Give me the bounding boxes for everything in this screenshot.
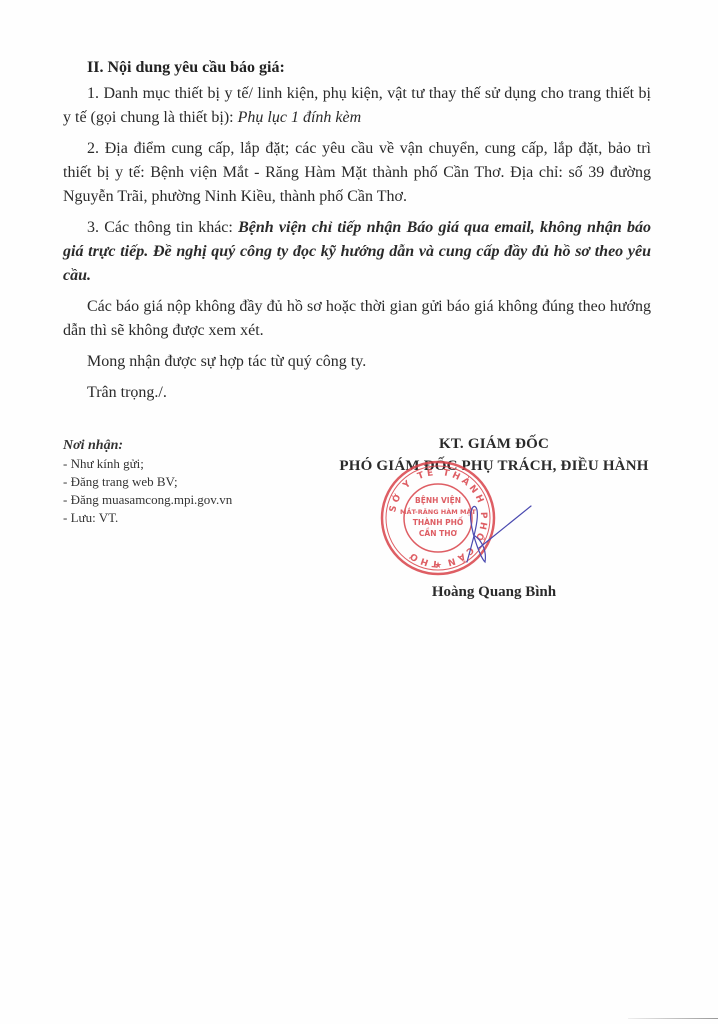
recipients-title: Nơi nhận:: [63, 437, 232, 455]
closing-paragraph: Mong nhận được sự hợp tác từ quý công ty…: [63, 350, 651, 374]
signature-title: KT. GIÁM ĐỐC: [300, 433, 688, 455]
signer-name: Hoàng Quang Bình: [300, 584, 688, 601]
recipient-item: - Như kính gửi;: [63, 455, 232, 473]
recipient-item: - Lưu: VT.: [63, 509, 232, 527]
item-2: 2. Địa điểm cung cấp, lắp đặt; các yêu c…: [63, 137, 651, 209]
svg-text:★: ★: [434, 561, 442, 571]
scan-artifact: [628, 1018, 718, 1019]
regards-paragraph: Trân trọng./.: [63, 381, 651, 405]
recipients-block: Nơi nhận: - Như kính gửi; - Đăng trang w…: [63, 437, 232, 527]
recipient-item: - Đăng muasamcong.mpi.gov.vn: [63, 491, 232, 509]
section-heading: II. Nội dung yêu cầu báo giá:: [87, 56, 285, 80]
item-3: 3. Các thông tin khác: Bệnh viện chỉ tiế…: [63, 216, 651, 288]
item-1: 1. Danh mục thiết bị y tế/ linh kiện, ph…: [63, 82, 651, 130]
recipient-item: - Đăng trang web BV;: [63, 473, 232, 491]
document-page: II. Nội dung yêu cầu báo giá: 1. Danh mụ…: [0, 0, 718, 1024]
note-paragraph: Các báo giá nộp không đầy đủ hồ sơ hoặc …: [63, 295, 651, 343]
document-body: 1. Danh mục thiết bị y tế/ linh kiện, ph…: [63, 82, 651, 405]
item-3-text: 3. Các thông tin khác:: [87, 219, 238, 236]
stamp-line-4: CẦN THƠ: [419, 528, 458, 538]
item-1-emphasis: Phụ lục 1 đính kèm: [238, 109, 362, 126]
handwritten-signature-icon: [455, 500, 535, 570]
